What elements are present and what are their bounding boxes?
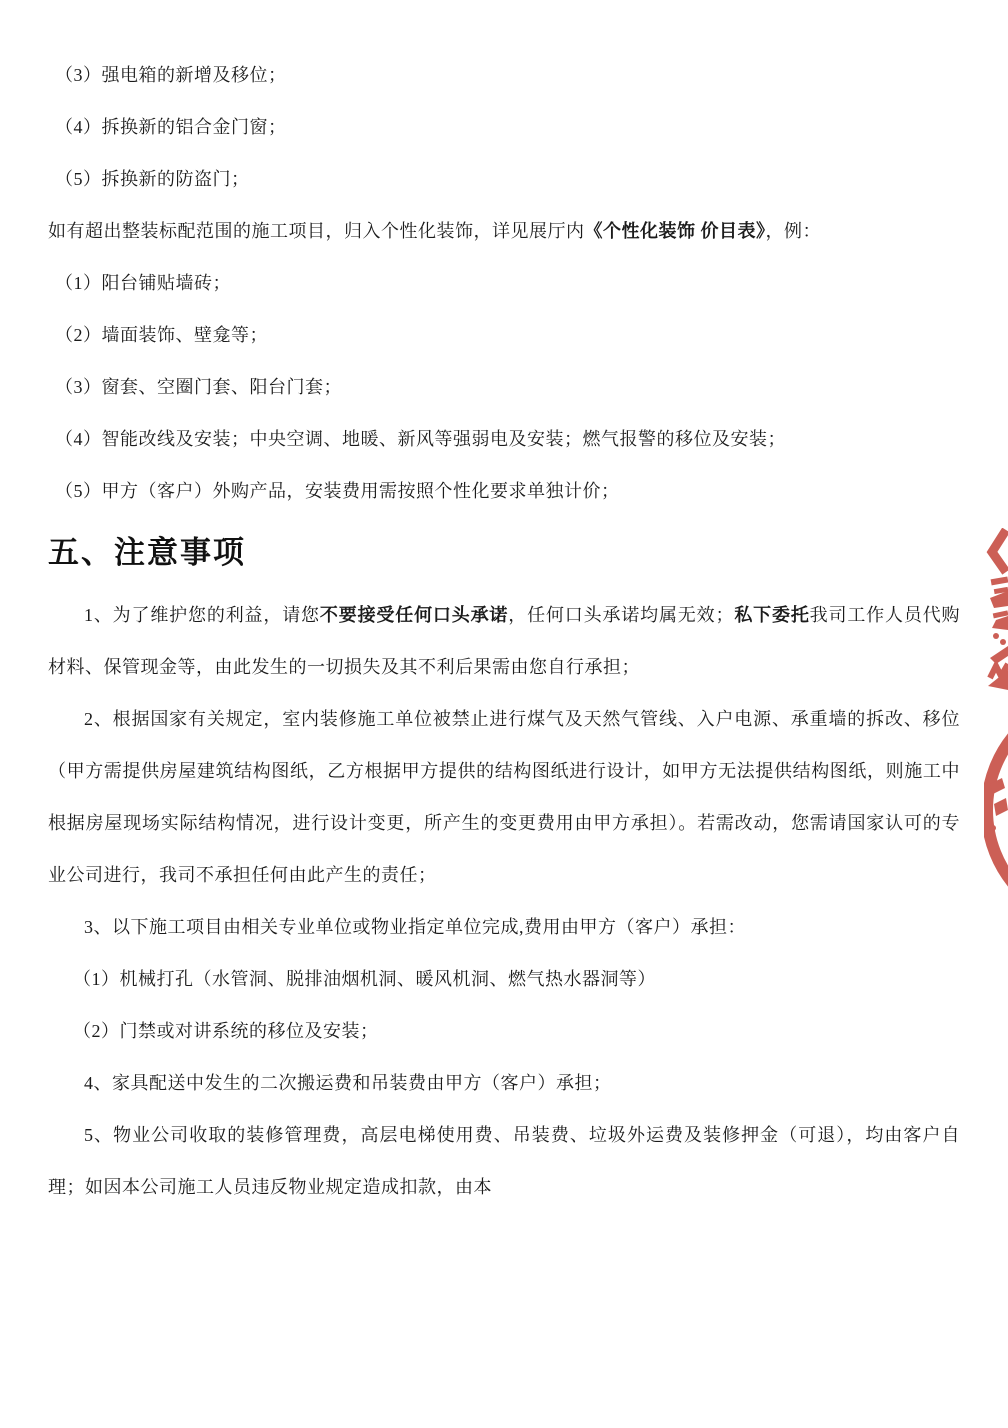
text-segment: 5、物业公司收取的装修管理费，高层电梯使用费、吊装费、垃圾外运费及装修押金（可退…: [48, 1125, 960, 1197]
paragraph-note: 5、物业公司收取的装修管理费，高层电梯使用费、吊装费、垃圾外运费及装修押金（可退…: [48, 1109, 960, 1213]
text-segment: 《个性化装饰 价目表》: [585, 221, 766, 241]
text-segment: （2）墙面装饰、壁龛等；: [55, 325, 268, 345]
text-segment: 3、以下施工项目由相关专业单位或物业指定单位完成,费用由甲方（客户）承担：: [84, 917, 746, 937]
paragraph-list-item: （1）阳台铺贴墙砖；: [48, 257, 960, 309]
text-segment: （5）甲方（客户）外购产品，安装费用需按照个性化要求单独计价；: [55, 481, 620, 501]
paragraph-list-item: （4）拆换新的铝合金门窗；: [48, 101, 960, 153]
text-segment: 私下委托: [734, 605, 810, 625]
document-body: （3）强电箱的新增及移位；（4）拆换新的铝合金门窗；（5）拆换新的防盗门；如有超…: [0, 0, 1008, 1428]
text-segment: 2、根据国家有关规定，室内装修施工单位被禁止进行煤气及天然气管线、入户电源、承重…: [48, 709, 960, 885]
paragraph-note: 2、根据国家有关规定，室内装修施工单位被禁止进行煤气及天然气管线、入户电源、承重…: [48, 693, 960, 901]
paragraph-list-item: （5）拆换新的防盗门；: [48, 153, 960, 205]
paragraph-list-item: （3）窗套、空圈门套、阳台门套；: [48, 361, 960, 413]
paragraph-note: 3、以下施工项目由相关专业单位或物业指定单位完成,费用由甲方（客户）承担：: [48, 901, 960, 953]
section-heading: 五、注意事项: [48, 517, 960, 589]
text-segment: （3）窗套、空圈门套、阳台门套；: [55, 377, 342, 397]
text-segment: （4）拆换新的铝合金门窗；: [55, 117, 287, 137]
text-segment: （2）门禁或对讲系统的移位及安装；: [73, 1021, 379, 1041]
text-segment: （1）阳台铺贴墙砖；: [55, 273, 231, 293]
text-segment: （5）拆换新的防盗门；: [55, 169, 250, 189]
text-segment: ，例：: [766, 221, 822, 241]
text-segment: 不要接受任何口头承诺: [320, 605, 508, 625]
text-segment: （4）智能改线及安装；中央空调、地暖、新风等强弱电及安装；燃气报警的移位及安装；: [55, 429, 786, 449]
document-page: （3）强电箱的新增及移位；（4）拆换新的铝合金门窗；（5）拆换新的防盗门；如有超…: [0, 0, 1008, 1428]
paragraph-list-item: （2）墙面装饰、壁龛等；: [48, 309, 960, 361]
paragraph-intro: 如有超出整装标配范围的施工项目，归入个性化装饰，详见展厅内《个性化装饰 价目表》…: [48, 205, 960, 257]
text-segment: ，任何口头承诺均属无效；: [508, 605, 734, 625]
text-segment: 4、家具配送中发生的二次搬运费和吊装费由甲方（客户）承担；: [84, 1073, 612, 1093]
paragraph-sub-item: （1）机械打孔（水管洞、脱排油烟机洞、暖风机洞、燃气热水器洞等）: [48, 953, 960, 1005]
text-segment: 五、注意事项: [48, 535, 246, 570]
paragraph-list-item: （3）强电箱的新增及移位；: [48, 49, 960, 101]
text-segment: 如有超出整装标配范围的施工项目，归入个性化装饰，详见展厅内: [48, 221, 585, 241]
paragraph-sub-item: （2）门禁或对讲系统的移位及安装；: [48, 1005, 960, 1057]
text-segment: 1、为了维护您的利益，请您: [84, 605, 320, 625]
text-segment: （1）机械打孔（水管洞、脱排油烟机洞、暖风机洞、燃气热水器洞等）: [73, 969, 656, 989]
paragraph-list-item: （4）智能改线及安装；中央空调、地暖、新风等强弱电及安装；燃气报警的移位及安装；: [48, 413, 960, 465]
paragraph-list-item: （5）甲方（客户）外购产品，安装费用需按照个性化要求单独计价；: [48, 465, 960, 517]
paragraph-note: 1、为了维护您的利益，请您不要接受任何口头承诺，任何口头承诺均属无效；私下委托我…: [48, 589, 960, 693]
text-segment: （3）强电箱的新增及移位；: [55, 65, 287, 85]
paragraph-note: 4、家具配送中发生的二次搬运费和吊装费由甲方（客户）承担；: [48, 1057, 960, 1109]
